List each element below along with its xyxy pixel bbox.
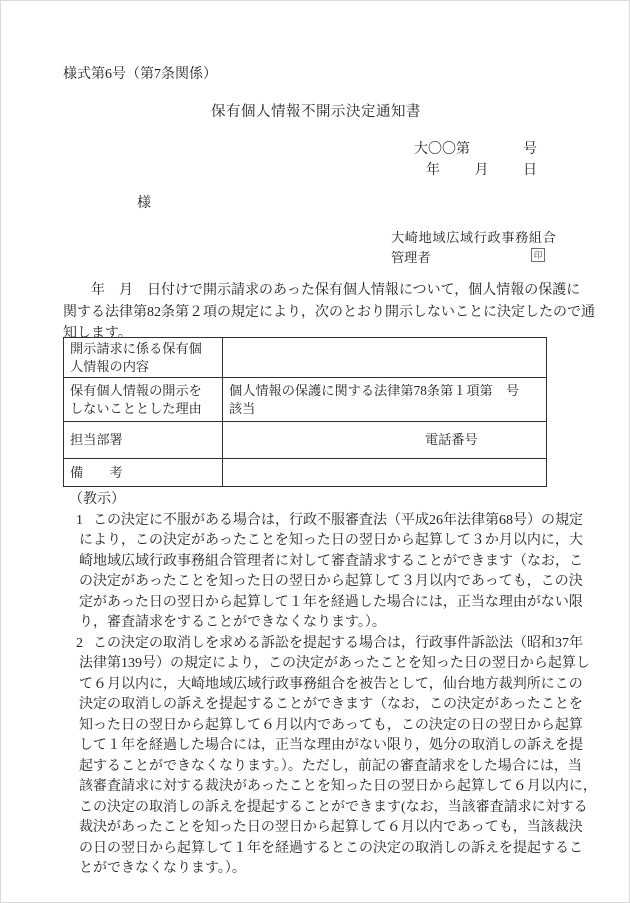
note-item-2-line: 該審査請求に対する裁決があったことを知った日の翌日から起算して６月以内に， bbox=[63, 777, 597, 798]
instructions-heading: （教示） bbox=[63, 490, 597, 511]
note-item-2-line: 知った日の翌日から起算して６月以内であっても，この決定の日の翌日から起算 bbox=[63, 716, 597, 737]
date-month-label: 月 bbox=[475, 159, 489, 179]
addressee-honorific: 様 bbox=[137, 192, 151, 212]
note-item-1-line: 定があった日の翌日から起算して１年を経過した場合には，正当な理由がない限 bbox=[63, 593, 597, 614]
document-title: 保有個人情報不開示決定通知書 bbox=[1, 100, 630, 121]
note-item-2-line: 起することができなくなります。）。ただし，前記の審査請求をした場合には，当 bbox=[63, 757, 597, 778]
body-line: 関する法律第82条第２項の規定により，次のとおり開示しないことに決定したので通 bbox=[63, 302, 595, 324]
note-item-2-number: 2 bbox=[76, 634, 93, 655]
body-line: 年 月 日付けで開示請求のあった保有個人情報について，個人情報の保護に bbox=[63, 280, 595, 302]
cell-remarks-content bbox=[223, 459, 547, 487]
note-item-2-line: 裁決があったことを知った日の翌日から起算して６月以内であっても，当該裁決 bbox=[63, 818, 597, 839]
note-item-1-line: の決定があったことを知った日の翌日から起算して３月以内であっても，この決 bbox=[63, 572, 597, 593]
table-row: 開示請求に係る保有個 人情報の内容 bbox=[64, 338, 547, 378]
note-item-1-number: 1 bbox=[76, 511, 93, 532]
note-item-1-line: 崎地域広域行政事務組合管理者に対して審査請求することができます（なお，こ bbox=[63, 552, 597, 573]
table-row: 保有個人情報の開示を しないこととした理由 個人情報の保護に関する法律第78条第… bbox=[64, 378, 547, 422]
note-item-2-line: 2 この決定の取消しを求める訴訟を提起する場合は，行政事件訴訟法（昭和37年 bbox=[63, 634, 597, 655]
document-number-line: 大〇〇第 号 bbox=[414, 138, 537, 158]
note-item-2-line: とができなくなります。）。 bbox=[63, 859, 597, 880]
sender-organization: 大崎地域広域行政事務組合 bbox=[391, 227, 556, 246]
cell-reason-content: 個人情報の保護に関する法律第78条第１項第 号 該当 bbox=[223, 378, 547, 422]
note-item-2-line: て６月以内に，大崎地域広域行政事務組合を被告として，仙台地方裁判所にこの bbox=[63, 675, 597, 696]
note-item-2-line: 決定の取消しの訴えを提起することができます（なお，この決定があったことを bbox=[63, 695, 597, 716]
document-number-suffix: 号 bbox=[523, 138, 537, 158]
date-day-label: 日 bbox=[523, 159, 537, 179]
instructions-section: （教示） 1 この決定に不服がある場合は，行政不服審査法（平成26年法律第68号… bbox=[63, 490, 597, 880]
document-page: 様式第6号（第7条関係） 保有個人情報不開示決定通知書 大〇〇第 号 年 月 日… bbox=[0, 0, 630, 903]
note-item-1-line: により，この決定があったことを知った日の翌日から起算して３か月以内に，大 bbox=[63, 531, 597, 552]
row-label-department: 担当部署 bbox=[64, 422, 223, 459]
note-item-1-line: 1 この決定に不服がある場合は，行政不服審査法（平成26年法律第68号）の規定 bbox=[63, 511, 597, 532]
form-number-label: 様式第6号（第7条関係） bbox=[63, 63, 217, 83]
date-line: 年 月 日 bbox=[426, 159, 537, 179]
note-item-2-line: この決定の取消しの訴えを提起することができます(なお，当該審査請求に対する bbox=[63, 798, 597, 819]
note-item-2-line: の日の翌日から起算して１年を経過するとこの決定の取消しの訴えを提起するこ bbox=[63, 839, 597, 860]
row-label-requested-info: 開示請求に係る保有個 人情報の内容 bbox=[64, 338, 223, 378]
note-item-2-line: して１年を経過した場合には，正当な理由がない限り，処分の取消しの訴えを提 bbox=[63, 736, 597, 757]
sender-role: 管理者 bbox=[391, 247, 431, 266]
disclosure-table: 開示請求に係る保有個 人情報の内容 保有個人情報の開示を しないこととした理由 … bbox=[63, 337, 547, 487]
note-item-2-line: 法律第139号）の規定により，この決定があったことを知った日の翌日から起算し bbox=[63, 654, 597, 675]
row-label-remarks: 備 考 bbox=[64, 459, 223, 487]
body-paragraph: 年 月 日付けで開示請求のあった保有個人情報について，個人情報の保護に 関する法… bbox=[63, 280, 595, 345]
date-year-label: 年 bbox=[426, 159, 440, 179]
table-row: 担当部署 電話番号 bbox=[64, 422, 547, 459]
cell-department-content: 電話番号 bbox=[223, 422, 547, 459]
note-item-1-line: り，審査請求をすることができなくなります。）。 bbox=[63, 613, 597, 634]
phone-number-label: 電話番号 bbox=[425, 432, 478, 447]
document-number-prefix: 大〇〇第 bbox=[414, 138, 470, 158]
table-row: 備 考 bbox=[64, 459, 547, 487]
seal-icon: 印 bbox=[531, 248, 545, 262]
cell-requested-info-content bbox=[223, 338, 547, 378]
row-label-reason: 保有個人情報の開示を しないこととした理由 bbox=[64, 378, 223, 422]
